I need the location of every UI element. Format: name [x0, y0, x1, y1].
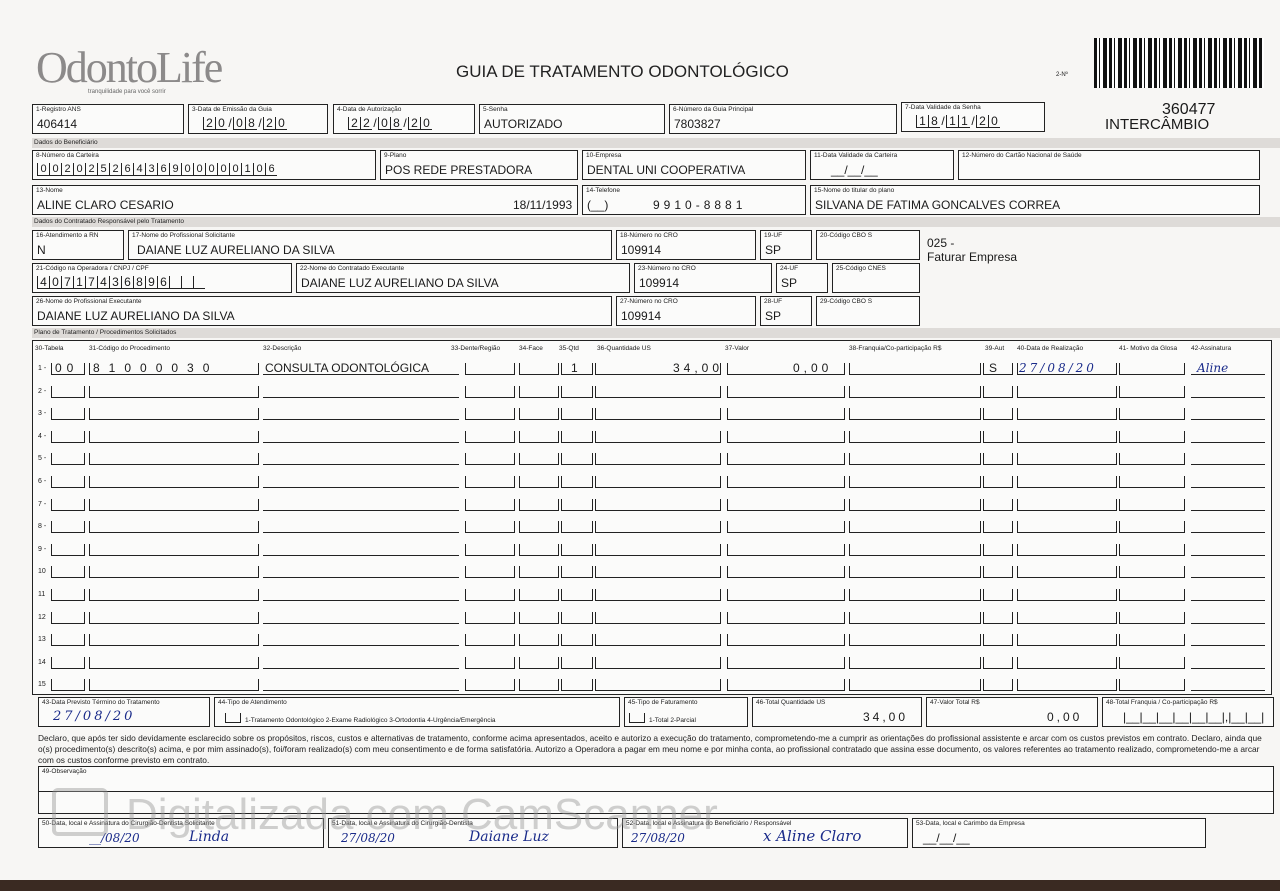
row-cell[interactable]: [89, 476, 259, 488]
signature-line: [1191, 442, 1265, 443]
row-cell[interactable]: [561, 453, 593, 465]
row-cell[interactable]: [727, 408, 845, 420]
row-cell[interactable]: [519, 612, 559, 624]
row-cell[interactable]: [465, 499, 515, 511]
row-cell[interactable]: [727, 679, 845, 691]
field-valor-total[interactable]: 47-Valor Total R$ 0,00: [926, 697, 1098, 727]
table-row: 9 -: [33, 540, 1271, 562]
row-cell[interactable]: [519, 386, 559, 398]
row-cell[interactable]: [595, 589, 721, 601]
table-row: 4 -: [33, 427, 1271, 449]
table-row: 5 -: [33, 449, 1271, 471]
tabela-value: 00: [55, 361, 78, 375]
row-cell[interactable]: [561, 431, 593, 443]
row-cell[interactable]: [983, 657, 1013, 669]
row-cell[interactable]: [1017, 612, 1117, 624]
signature-line: [1191, 577, 1265, 578]
row-cell[interactable]: [1017, 679, 1117, 691]
row-cell[interactable]: [465, 657, 515, 669]
field-nome[interactable]: 13-Nome ALINE CLARO CESARIO 18/11/1993: [32, 185, 578, 215]
row-cell[interactable]: [727, 499, 845, 511]
data-realizacao-value: 27/08/20: [1019, 361, 1097, 375]
row-cell[interactable]: [465, 386, 515, 398]
note-faturar: Faturar Empresa: [927, 250, 1017, 264]
row-cell[interactable]: [89, 657, 259, 669]
description-line: [263, 510, 459, 511]
row-cell[interactable]: [727, 657, 845, 669]
row-cell[interactable]: [1017, 544, 1117, 556]
row-cell[interactable]: [1119, 634, 1185, 646]
row-cell[interactable]: [1017, 386, 1117, 398]
row-cell[interactable]: [465, 476, 515, 488]
row-cell[interactable]: [51, 431, 85, 443]
signature-line: [1191, 690, 1265, 691]
signature-line: [1191, 464, 1265, 465]
row-cell[interactable]: [519, 476, 559, 488]
row-number: 6 -: [38, 478, 46, 485]
birth-date: 18/11/1993: [513, 198, 572, 212]
row-cell[interactable]: [595, 431, 721, 443]
row-cell[interactable]: [51, 544, 85, 556]
table-row: 15: [33, 675, 1271, 697]
row-cell[interactable]: [595, 453, 721, 465]
row-cell[interactable]: [561, 566, 593, 578]
field-tipo-faturamento[interactable]: 45-Tipo de Faturamento 1-Total 2-Parcial: [624, 697, 748, 727]
field-data-emissao[interactable]: 3-Data de Emissão da Guia 20/08/20: [188, 104, 328, 134]
field-cbos-29[interactable]: 29-Código CBO S: [816, 296, 920, 326]
field-carteira[interactable]: 8-Número da Carteira 0020252643690000010…: [32, 150, 376, 180]
row-cell[interactable]: [51, 657, 85, 669]
row-cell[interactable]: [89, 566, 259, 578]
row-cell[interactable]: [51, 634, 85, 646]
row-cell[interactable]: [519, 499, 559, 511]
row-cell[interactable]: [595, 634, 721, 646]
row-cell[interactable]: [849, 544, 981, 556]
row-cell[interactable]: [1119, 544, 1185, 556]
field-titular[interactable]: 15-Nome do titular do plano SILVANA DE F…: [810, 185, 1260, 215]
field-cns[interactable]: 12-Número do Cartão Nacional de Saúde: [958, 150, 1260, 180]
row-cell[interactable]: [465, 612, 515, 624]
row-cell[interactable]: [983, 679, 1013, 691]
camscanner-logo-icon: [52, 788, 108, 836]
section-procedimentos: Plano de Tratamento / Procedimentos Soli…: [32, 328, 1280, 338]
row-cell[interactable]: [849, 431, 981, 443]
row-cell[interactable]: [561, 499, 593, 511]
table-row: 1 -0081000030CONSULTA ODONTOLÓGICA134,00…: [33, 359, 1271, 381]
row-cell[interactable]: [561, 386, 593, 398]
row-cell[interactable]: [727, 544, 845, 556]
row-cell[interactable]: [51, 521, 85, 533]
signature-line: [1191, 532, 1265, 533]
row-cell[interactable]: [1017, 634, 1117, 646]
procedures-table: 30-Tabela 31-Código do Procedimento 32-D…: [32, 340, 1272, 695]
row-cell[interactable]: [51, 679, 85, 691]
table-row: 12: [33, 608, 1271, 630]
row-number: 11: [38, 591, 45, 598]
row-cell[interactable]: [519, 521, 559, 533]
table-row: 14: [33, 653, 1271, 675]
row-number: 7 -: [38, 501, 46, 508]
field-data-autorizacao[interactable]: 4-Data de Autorização 22/08/20: [333, 104, 475, 134]
signature-line: [1191, 419, 1265, 420]
assinatura-value: Aline: [1197, 361, 1228, 375]
row-cell[interactable]: [727, 476, 845, 488]
odontolife-logo: OdontoLife: [36, 42, 221, 93]
field-cnes[interactable]: 25-Código CNES: [832, 263, 920, 293]
row-cell[interactable]: [1119, 521, 1185, 533]
field-total-franquia[interactable]: 48-Total Franquia / Co-participação R$ |…: [1102, 697, 1274, 727]
row-cell[interactable]: [561, 476, 593, 488]
field-atendimento-rn[interactable]: 16-Atendimento a RN N: [32, 230, 124, 260]
table-row: 8 -: [33, 517, 1271, 539]
row-number: 1 -: [38, 365, 46, 372]
row-cell[interactable]: [727, 453, 845, 465]
row-cell[interactable]: [1119, 476, 1185, 488]
row-cell[interactable]: [465, 363, 515, 375]
row-cell[interactable]: [983, 386, 1013, 398]
row-cell[interactable]: [465, 453, 515, 465]
row-cell[interactable]: [465, 544, 515, 556]
description-line: [263, 555, 459, 556]
row-number: 15: [38, 681, 46, 688]
row-number: 14: [38, 659, 46, 666]
aut-value: S: [989, 361, 997, 375]
signature-line: [1191, 510, 1265, 511]
row-cell[interactable]: [595, 386, 721, 398]
row-cell[interactable]: [519, 589, 559, 601]
row-cell[interactable]: [519, 544, 559, 556]
field-validade-senha[interactable]: 7-Data Validade da Senha 18/11/20: [901, 102, 1045, 132]
note-code: 025 -: [927, 236, 954, 250]
signature-line: [1191, 487, 1265, 488]
row-cell[interactable]: [89, 499, 259, 511]
table-row: 3 -: [33, 404, 1271, 426]
row-cell[interactable]: [465, 566, 515, 578]
field-codigo-operadora[interactable]: 21-Código na Operadora / CNPJ / CPF 4071…: [32, 263, 292, 293]
signature-line: [1191, 623, 1265, 624]
row-cell[interactable]: [983, 544, 1013, 556]
table-row: 7 -: [33, 495, 1271, 517]
row-cell[interactable]: [89, 453, 259, 465]
valor-value: 0,00: [793, 361, 832, 375]
table-row: 6 -: [33, 472, 1271, 494]
row-cell[interactable]: [89, 634, 259, 646]
field-profissional-solicitante[interactable]: 17-Nome do Profissional Solicitante DAIA…: [128, 230, 612, 260]
field-tipo-atendimento[interactable]: 44-Tipo de Atendimento 1-Tratamento Odon…: [214, 697, 620, 727]
row-cell[interactable]: [1017, 657, 1117, 669]
row-cell[interactable]: [465, 521, 515, 533]
row-cell[interactable]: [1119, 499, 1185, 511]
row-cell[interactable]: [1119, 386, 1185, 398]
description-line: [263, 532, 459, 533]
row-number: 13: [38, 636, 46, 643]
row-cell[interactable]: [519, 657, 559, 669]
description-line: [263, 487, 459, 488]
row-cell[interactable]: [561, 679, 593, 691]
row-cell[interactable]: [519, 566, 559, 578]
row-cell[interactable]: [51, 408, 85, 420]
row-cell[interactable]: [1017, 453, 1117, 465]
row-cell[interactable]: [849, 363, 981, 375]
description-line: [263, 442, 459, 443]
row-cell[interactable]: [849, 612, 981, 624]
row-cell[interactable]: [51, 612, 85, 624]
row-cell[interactable]: [983, 589, 1013, 601]
row-cell[interactable]: [465, 679, 515, 691]
codigo-value: 81000030: [93, 361, 218, 375]
tipo-faturamento-input[interactable]: [629, 713, 645, 723]
row-cell[interactable]: [89, 521, 259, 533]
row-cell[interactable]: [983, 612, 1013, 624]
descricao-value: CONSULTA ODONTOLÓGICA: [265, 361, 429, 375]
row-cell[interactable]: [849, 566, 981, 578]
row-cell[interactable]: [1119, 363, 1185, 375]
field-plano[interactable]: 9-Plano POS REDE PRESTADORA: [380, 150, 578, 180]
row-number: 10: [38, 568, 46, 575]
row-cell[interactable]: [561, 408, 593, 420]
section-beneficiario: Dados do Beneficiário: [32, 138, 1280, 148]
row-cell[interactable]: [849, 476, 981, 488]
field-uf-24[interactable]: 24-UF SP: [776, 263, 828, 293]
row-cell[interactable]: [1017, 431, 1117, 443]
guide-number-label: 2-Nº: [1056, 72, 1068, 78]
row-cell[interactable]: [1119, 566, 1185, 578]
row-cell[interactable]: [561, 589, 593, 601]
signature-line: [1191, 555, 1265, 556]
row-cell[interactable]: [595, 679, 721, 691]
row-cell[interactable]: [849, 453, 981, 465]
logo-tagline: tranquilidade para você sorrir: [88, 89, 166, 95]
row-cell[interactable]: [519, 453, 559, 465]
field-senha[interactable]: 5-Senha AUTORIZADO: [479, 104, 665, 134]
row-cell[interactable]: [465, 431, 515, 443]
row-cell[interactable]: [519, 679, 559, 691]
row-cell[interactable]: [1017, 566, 1117, 578]
row-cell[interactable]: [519, 408, 559, 420]
description-line: [263, 464, 459, 465]
row-cell[interactable]: [727, 521, 845, 533]
row-number: 3 -: [38, 410, 46, 417]
field-empresa[interactable]: 10-Empresa DENTAL UNI COOPERATIVA: [582, 150, 806, 180]
field-total-us[interactable]: 46-Total Quantidade US 34,00: [752, 697, 922, 727]
row-cell[interactable]: [595, 521, 721, 533]
row-cell[interactable]: [1119, 453, 1185, 465]
row-cell[interactable]: [849, 634, 981, 646]
row-cell[interactable]: [727, 634, 845, 646]
row-cell[interactable]: [595, 476, 721, 488]
row-cell[interactable]: [51, 476, 85, 488]
row-cell[interactable]: [89, 589, 259, 601]
row-cell[interactable]: [561, 544, 593, 556]
description-line: [263, 690, 459, 691]
tipo-atendimento-input[interactable]: [225, 713, 241, 723]
row-cell[interactable]: [89, 386, 259, 398]
qtd-us-value: 34,00: [673, 361, 723, 375]
form-page: OdontoLife tranquilidade para você sorri…: [0, 0, 1280, 880]
row-cell[interactable]: [849, 499, 981, 511]
row-cell[interactable]: [51, 499, 85, 511]
row-number: 5 -: [38, 455, 46, 462]
row-cell[interactable]: [89, 544, 259, 556]
field-telefone[interactable]: 14-Telefone (__) 9910-8881: [582, 185, 806, 215]
signature-line: [1191, 645, 1265, 646]
row-cell[interactable]: [849, 408, 981, 420]
row-cell[interactable]: [561, 521, 593, 533]
row-number: 9 -: [38, 546, 46, 553]
row-cell[interactable]: [1119, 589, 1185, 601]
row-cell[interactable]: [1119, 657, 1185, 669]
row-cell[interactable]: [983, 634, 1013, 646]
field-carimbo-empresa[interactable]: 53-Data, local e Carimbo da Empresa __/_…: [912, 818, 1206, 848]
description-line: [263, 600, 459, 601]
table-row: 10: [33, 562, 1271, 584]
row-cell[interactable]: [595, 657, 721, 669]
row-cell[interactable]: [983, 521, 1013, 533]
row-cell[interactable]: [1119, 431, 1185, 443]
field-uf-19[interactable]: 19-UF SP: [760, 230, 812, 260]
row-number: 8 -: [38, 523, 46, 530]
description-line: [263, 419, 459, 420]
declaration-text: Declaro, que após ter sido devidamente e…: [38, 733, 1276, 766]
row-cell[interactable]: [1017, 589, 1117, 601]
section-contratado: Dados do Contratado Responsável pelo Tra…: [32, 217, 1280, 227]
row-cell[interactable]: [983, 453, 1013, 465]
row-cell[interactable]: [983, 431, 1013, 443]
row-cell[interactable]: [51, 566, 85, 578]
field-cro-27[interactable]: 27-Número no CRO 109914: [616, 296, 756, 326]
row-cell[interactable]: [849, 657, 981, 669]
row-cell[interactable]: [89, 679, 259, 691]
row-cell[interactable]: [595, 499, 721, 511]
row-cell[interactable]: [561, 612, 593, 624]
row-cell[interactable]: [727, 589, 845, 601]
row-cell[interactable]: [51, 386, 85, 398]
signature-line: [1191, 600, 1265, 601]
row-cell[interactable]: [727, 431, 845, 443]
row-cell[interactable]: [1017, 408, 1117, 420]
row-number: 12: [38, 614, 46, 621]
row-cell[interactable]: [983, 566, 1013, 578]
row-cell[interactable]: [983, 408, 1013, 420]
row-cell[interactable]: [1119, 679, 1185, 691]
watermark: Digitalizada com CamScanner: [126, 790, 718, 840]
field-uf-28[interactable]: 28-UF SP: [760, 296, 812, 326]
signature-line: [1191, 397, 1265, 398]
row-cell[interactable]: [465, 408, 515, 420]
row-cell[interactable]: [89, 408, 259, 420]
row-cell[interactable]: [849, 386, 981, 398]
row-cell[interactable]: [519, 634, 559, 646]
description-line: [263, 668, 459, 669]
row-cell[interactable]: [595, 566, 721, 578]
guide-type: INTERCÂMBIO: [1105, 116, 1209, 133]
row-cell[interactable]: [849, 521, 981, 533]
row-cell[interactable]: [51, 589, 85, 601]
row-cell[interactable]: [983, 499, 1013, 511]
field-cbos-20[interactable]: 20-Código CBO S: [816, 230, 920, 260]
row-number: 2 -: [38, 388, 46, 395]
row-cell[interactable]: [983, 476, 1013, 488]
row-cell[interactable]: [519, 431, 559, 443]
qtd-value: 1: [571, 361, 578, 375]
row-cell[interactable]: [89, 612, 259, 624]
row-cell[interactable]: [51, 453, 85, 465]
row-cell[interactable]: [849, 589, 981, 601]
field-contratado-executante[interactable]: 22-Nome do Contratado Executante DAIANE …: [296, 263, 630, 293]
field-validade-carteira[interactable]: 11-Data Validade da Carteira __/__/__: [810, 150, 954, 180]
description-line: [263, 623, 459, 624]
row-cell[interactable]: [1119, 612, 1185, 624]
row-cell[interactable]: [1017, 499, 1117, 511]
row-cell[interactable]: [465, 589, 515, 601]
row-cell[interactable]: [465, 634, 515, 646]
field-registro-ans[interactable]: 1-Registro ANS 406414: [32, 104, 184, 134]
row-cell[interactable]: [1017, 476, 1117, 488]
table-row: 11: [33, 585, 1271, 607]
description-line: [263, 645, 459, 646]
row-cell[interactable]: [983, 363, 1013, 375]
row-cell[interactable]: [595, 408, 721, 420]
row-number: 4 -: [38, 433, 46, 440]
field-cro-23[interactable]: 23-Número no CRO 109914: [634, 263, 772, 293]
row-cell[interactable]: [561, 634, 593, 646]
field-cro-18[interactable]: 18-Número no CRO 109914: [616, 230, 756, 260]
field-profissional-executante[interactable]: 26-Nome do Profissional Executante DAIAN…: [32, 296, 612, 326]
row-cell[interactable]: [1017, 521, 1117, 533]
table-row: 13: [33, 630, 1271, 652]
row-cell[interactable]: [849, 679, 981, 691]
signature-line: [1191, 668, 1265, 669]
row-cell[interactable]: [595, 612, 721, 624]
row-cell[interactable]: [727, 566, 845, 578]
table-row: 2 -: [33, 382, 1271, 404]
row-cell[interactable]: [1119, 408, 1185, 420]
field-guia-principal[interactable]: 6-Número da Guia Principal 7803827: [669, 104, 897, 134]
row-cell[interactable]: [727, 612, 845, 624]
row-cell[interactable]: [519, 363, 559, 375]
description-line: [263, 577, 459, 578]
row-cell[interactable]: [727, 386, 845, 398]
row-cell[interactable]: [595, 544, 721, 556]
barcode-icon: [1094, 38, 1264, 88]
row-cell[interactable]: [89, 431, 259, 443]
form-title: GUIA DE TRATAMENTO ODONTOLÓGICO: [456, 62, 789, 82]
description-line: [263, 397, 459, 398]
row-cell[interactable]: [561, 657, 593, 669]
field-previsao-termino[interactable]: 43-Data Previsto Término do Tratamento 2…: [38, 697, 210, 727]
